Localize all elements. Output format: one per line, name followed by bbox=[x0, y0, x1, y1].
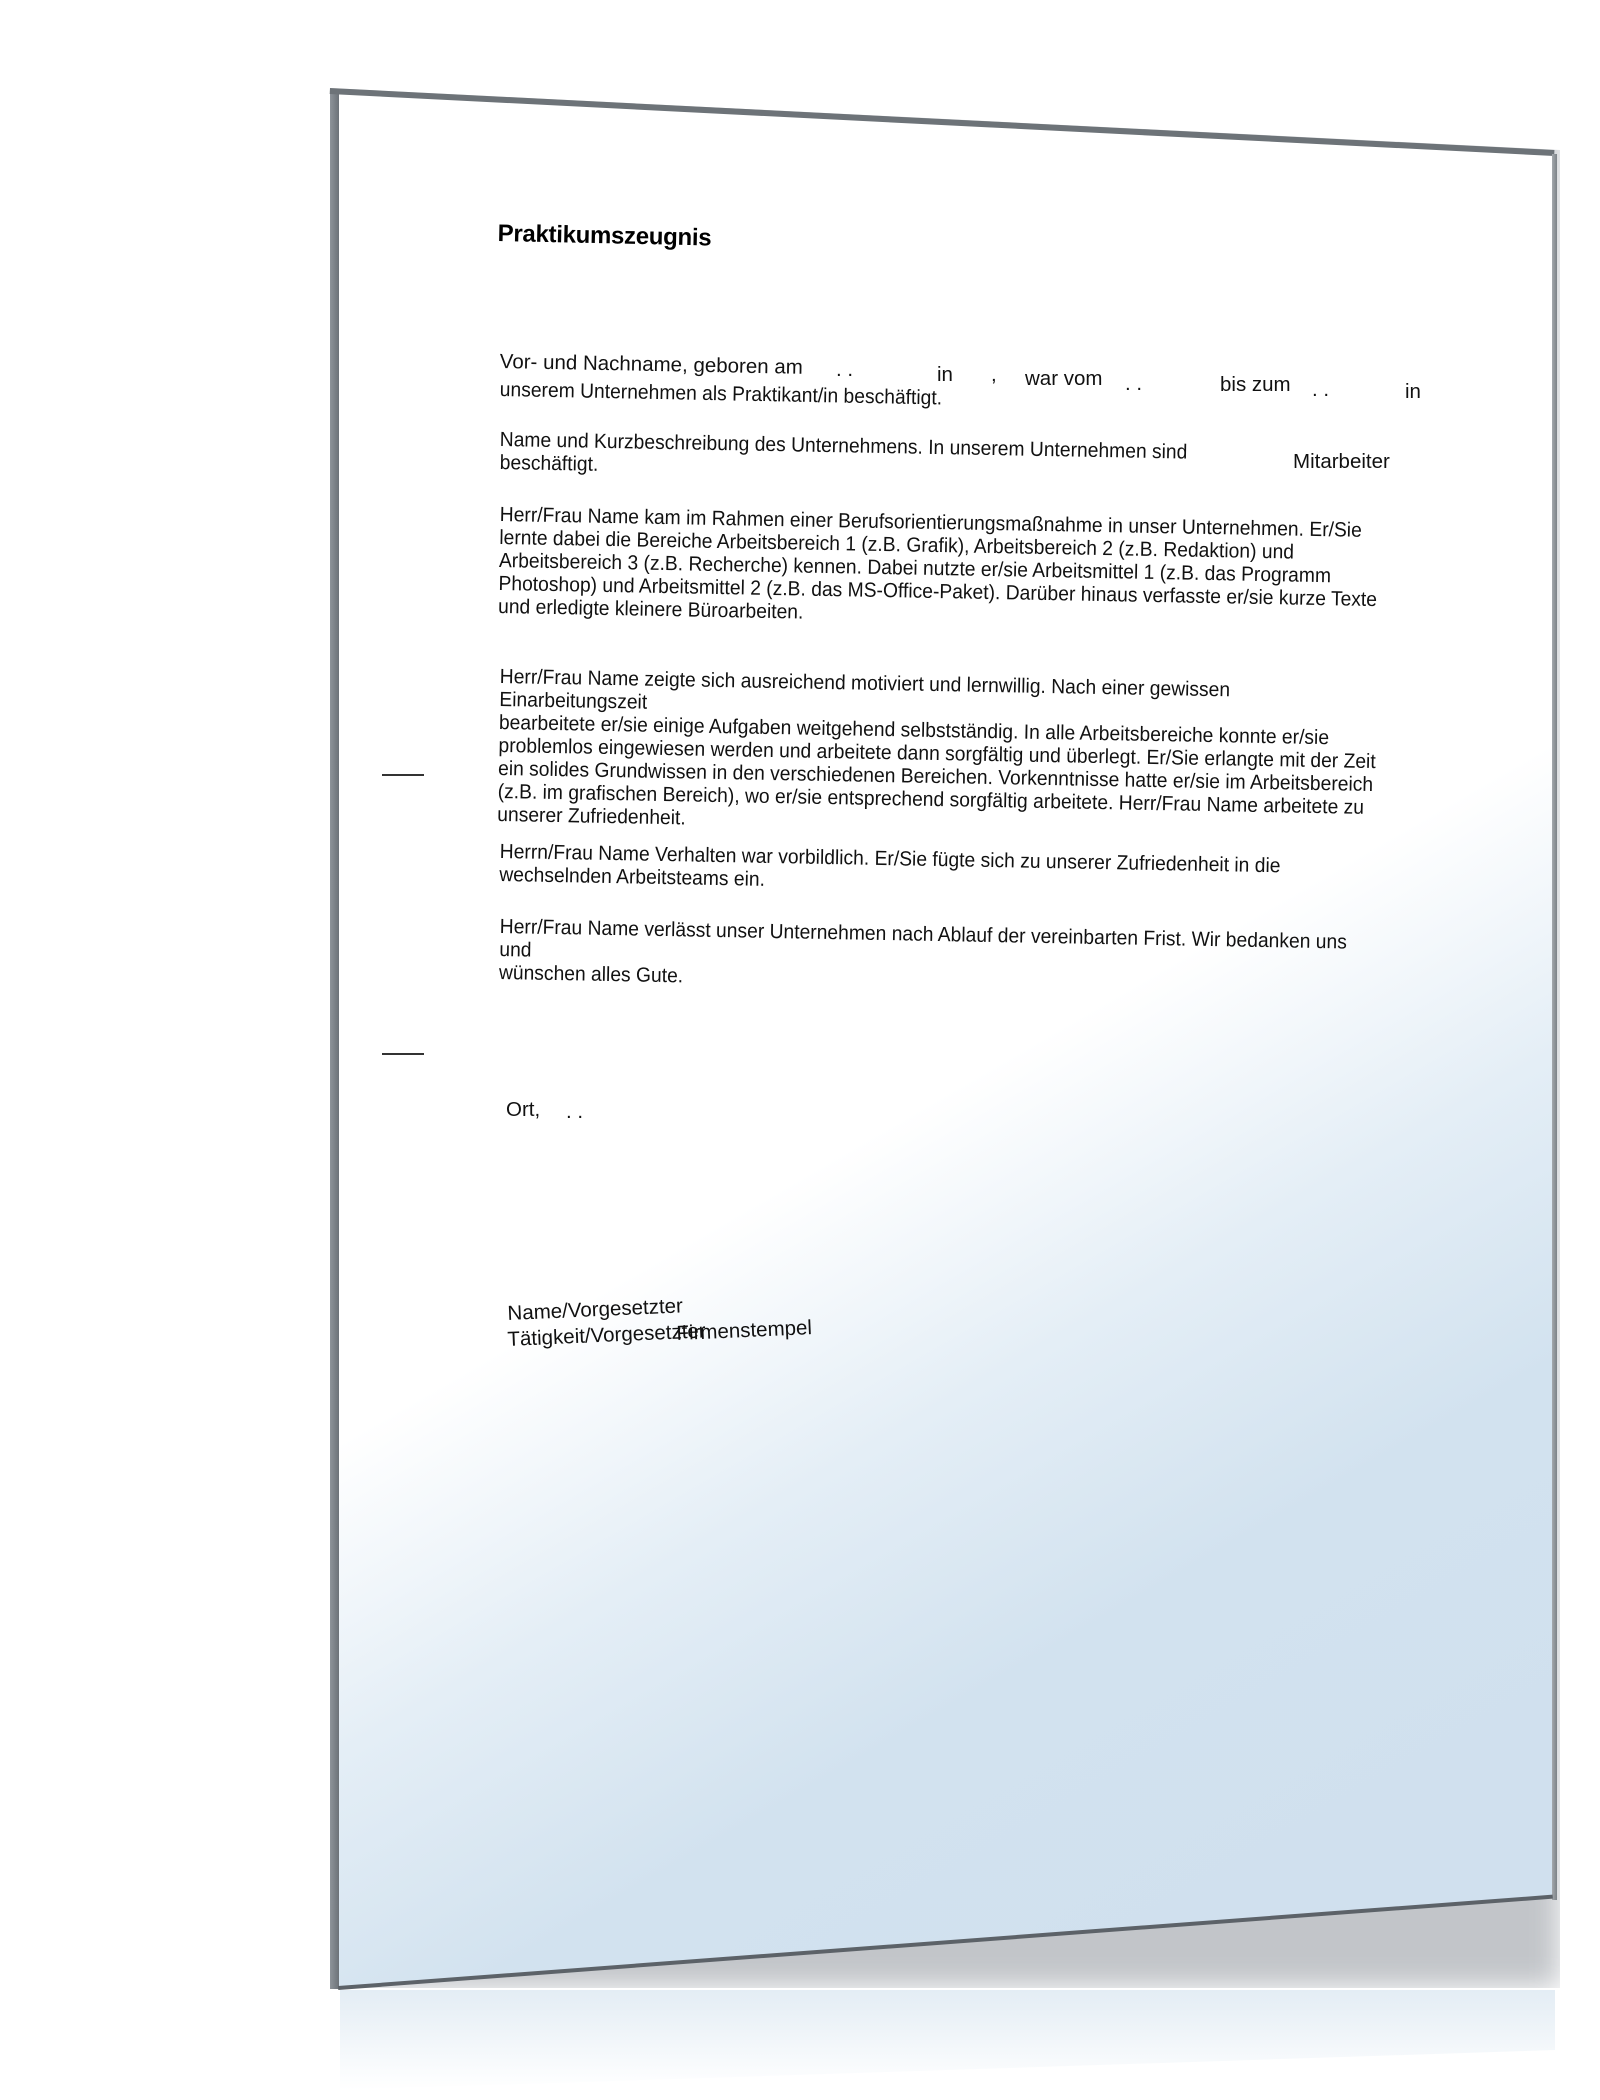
punch-mark bbox=[382, 1053, 424, 1055]
document-title: Praktikumszeugnis bbox=[497, 220, 711, 252]
intro-in-2: in bbox=[1405, 380, 1421, 404]
document-content: Praktikumszeugnis Vor- und Nachname, geb… bbox=[0, 0, 1600, 2100]
intro-line-2: unserem Unternehmen als Praktikant/in be… bbox=[500, 378, 943, 410]
intro-war-vom: war vom bbox=[1025, 367, 1102, 391]
intro-prefix: Vor- und Nachname, geboren am bbox=[500, 350, 804, 380]
paragraph-tasks: Herr/Frau Name kam im Rahmen einer Beruf… bbox=[498, 503, 1384, 634]
fold-mark bbox=[382, 774, 424, 776]
date-field: . . bbox=[566, 1100, 583, 1124]
place-label: Ort, bbox=[506, 1098, 540, 1122]
paragraph-performance: Herr/Frau Name zeigte sich ausreichend m… bbox=[497, 665, 1383, 842]
company-line-1: Name und Kurzbeschreibung des Unternehme… bbox=[500, 428, 1188, 465]
end-date-field: . . bbox=[1312, 378, 1329, 402]
company-stamp-label: Firmenstempel bbox=[676, 1316, 812, 1346]
employee-count-label: Mitarbeiter bbox=[1293, 450, 1390, 474]
birth-date-field: . . bbox=[836, 358, 853, 382]
start-date-field: . . bbox=[1125, 372, 1142, 396]
intro-in: in bbox=[937, 363, 953, 387]
paragraph-closing: Herr/Frau Name verlässt unser Unternehme… bbox=[499, 915, 1384, 1000]
company-line-2: beschäftigt. bbox=[500, 451, 599, 477]
intro-comma: , bbox=[991, 363, 997, 387]
paragraph-conduct: Herrn/Frau Name Verhalten war vorbildlic… bbox=[499, 840, 1383, 902]
intro-bis-zum: bis zum bbox=[1220, 373, 1291, 397]
